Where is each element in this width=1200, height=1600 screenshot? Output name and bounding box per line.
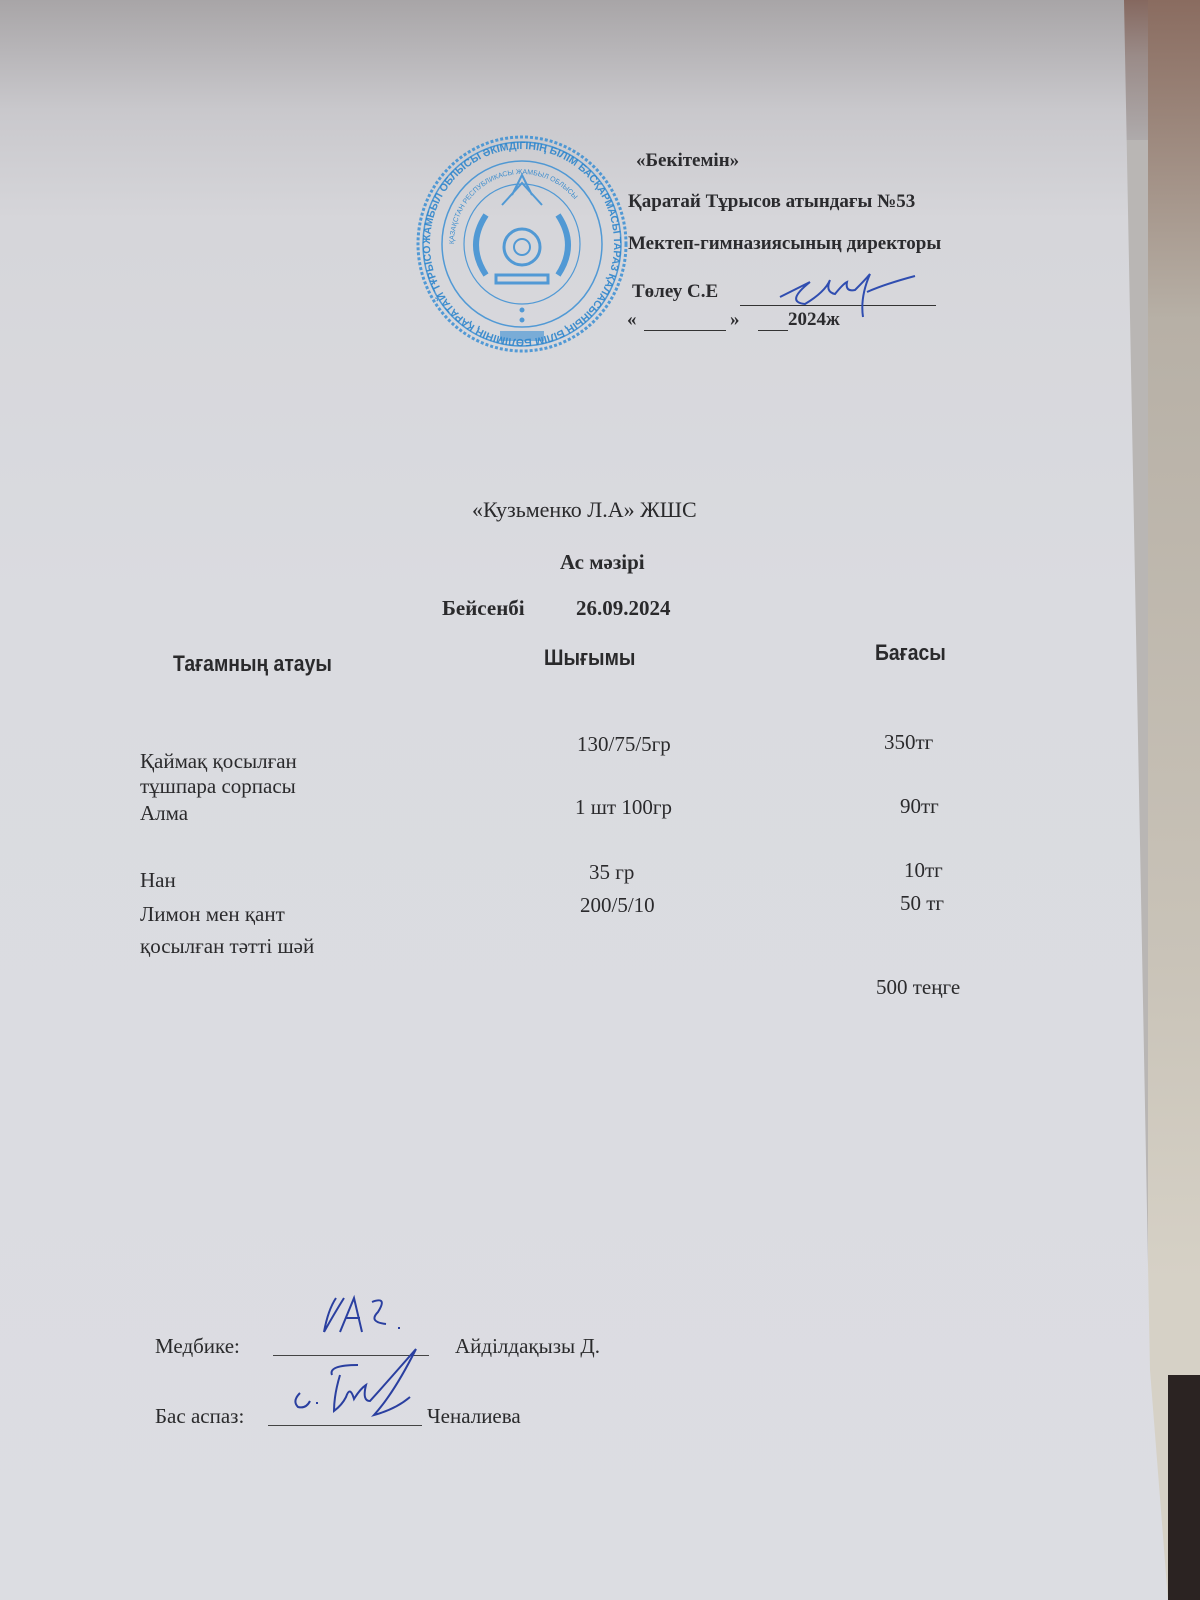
nurse-name: Айділдақызы Д. — [455, 1334, 600, 1359]
approval-day-line — [644, 330, 726, 331]
row-1-yield: 130/75/5гр — [577, 732, 671, 757]
column-header-name: Тағамның атауы — [173, 651, 332, 677]
approval-date-open: « — [627, 309, 637, 331]
column-header-price: Бағасы — [875, 640, 946, 666]
row-2-yield: 1 шт 100гр — [575, 795, 672, 820]
row-3-price: 10тг — [904, 858, 943, 883]
chef-signature-icon — [288, 1345, 428, 1425]
row-4-price: 50 тг — [900, 891, 944, 916]
official-stamp-icon: ЖАМБЫЛ ОБЛЫСЫ ӘКІМДІГІНІҢ БІЛІМ БАСҚАРМА… — [416, 135, 628, 353]
nurse-signature-icon — [316, 1292, 416, 1342]
nurse-label: Медбике: — [155, 1334, 240, 1359]
column-header-yield: Шығымы — [544, 645, 635, 671]
document-page: ЖАМБЫЛ ОБЛЫСЫ ӘКІМДІГІНІҢ БІЛІМ БАСҚАРМА… — [0, 0, 1168, 1600]
approval-position: Мектеп-гимназиясының директоры — [628, 233, 941, 255]
approval-signer: Төлеу С.Е — [632, 281, 718, 303]
menu-title: Ас мәзірі — [560, 550, 645, 575]
svg-text:ҚАЗАҚСТАН РЕСПУБЛИКАСЫ ЖАМБЫЛ: ҚАЗАҚСТАН РЕСПУБЛИКАСЫ ЖАМБЫЛ ОБЛЫСЫ — [449, 169, 578, 244]
stamp-inner-text: ҚАЗАҚСТАН РЕСПУБЛИКАСЫ ЖАМБЫЛ ОБЛЫСЫ — [449, 169, 578, 244]
approval-school: Қаратай Тұрысов атындағы №53 — [628, 191, 915, 213]
row-4-name-line-1: Лимон мен қант — [140, 902, 285, 927]
row-4-name-line-2: қосылған тәтті шәй — [140, 934, 314, 959]
row-1-name-line-1: Қаймақ қосылған — [140, 749, 297, 774]
approval-heading: «Бекітемін» — [636, 150, 739, 172]
row-3-yield: 35 гр — [589, 860, 634, 885]
row-2-price: 90тг — [900, 794, 939, 819]
approval-month-line — [758, 330, 788, 331]
row-2-name: Алма — [140, 801, 188, 826]
row-1-name-line-2: тұшпара сорпасы — [140, 774, 296, 799]
row-1-price: 350тг — [884, 730, 933, 755]
menu-weekday: Бейсенбі — [442, 596, 525, 621]
chef-name: Ченалиева — [427, 1404, 521, 1429]
approval-date-close: » — [730, 309, 740, 331]
chef-signature-line — [268, 1425, 422, 1426]
row-4-yield: 200/5/10 — [580, 893, 655, 918]
menu-date: 26.09.2024 — [576, 596, 671, 621]
background-dark-surface — [1168, 1375, 1200, 1600]
approval-year: 2024ж — [788, 309, 840, 331]
company-name: «Кузьменко Л.А» ЖШС — [472, 497, 697, 523]
menu-total: 500 теңге — [876, 975, 960, 1000]
row-3-name: Нан — [140, 868, 176, 893]
chef-label: Бас аспаз: — [155, 1404, 244, 1429]
background-wall-right — [1148, 0, 1200, 1600]
